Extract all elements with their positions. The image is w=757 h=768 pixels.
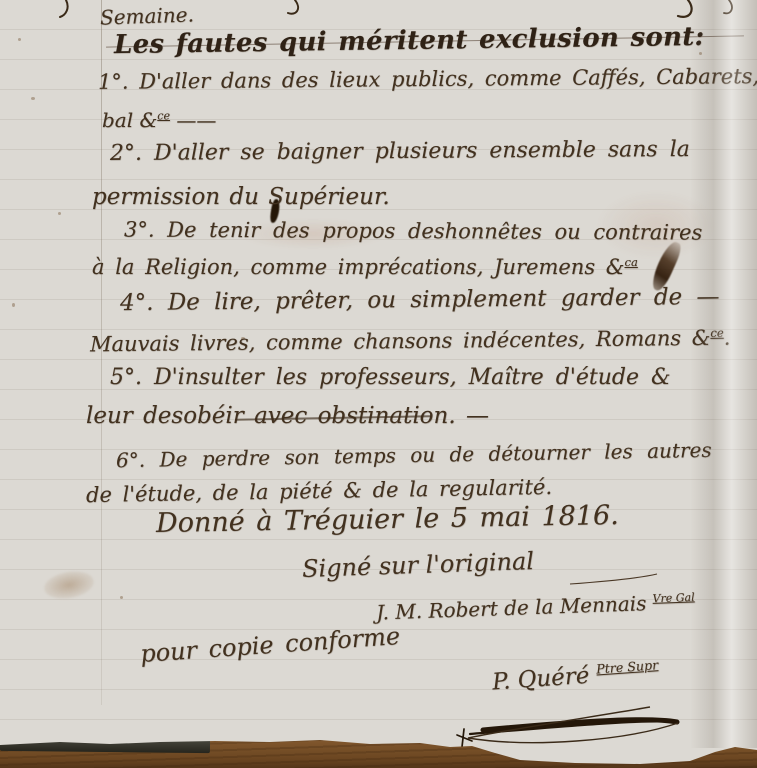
line-item-3: 3°. De tenir des propos deshonnêtes ou c…: [124, 217, 702, 244]
superscript: ca: [624, 255, 637, 269]
line-item-3-cont: à la Religion, comme imprécations, Jurem…: [92, 255, 638, 279]
line-item-1-cont: bal &ce ——: [102, 108, 216, 132]
manuscript-photo: Semaine. Les fautes qui méritent exclusi…: [0, 0, 757, 768]
superscript: Ptre Supr: [596, 657, 659, 676]
superscript: Vre Gal: [652, 591, 695, 605]
line-semaine: Semaine.: [100, 2, 195, 29]
paper-speck: [18, 38, 21, 41]
line-item-2: 2°. D'aller se baigner plusieurs ensembl…: [110, 137, 690, 166]
line-item-2-cont: permission du Supérieur.: [92, 184, 390, 210]
paper-speck: [31, 97, 35, 100]
line-text: à la Religion, comme imprécations, Jurem…: [92, 255, 624, 279]
line-item-5: 5°. D'insulter les professeurs, Maître d…: [110, 365, 671, 390]
paper-speck: [120, 596, 123, 599]
paper-speck: [12, 303, 15, 307]
paper-speck: [58, 212, 61, 215]
paper-sheet: Semaine. Les fautes qui méritent exclusi…: [0, 0, 757, 768]
line-text: ——: [170, 108, 216, 132]
line-text: bal &: [102, 108, 157, 132]
superscript: ce: [157, 109, 170, 122]
page-curl-shading: [690, 0, 757, 748]
